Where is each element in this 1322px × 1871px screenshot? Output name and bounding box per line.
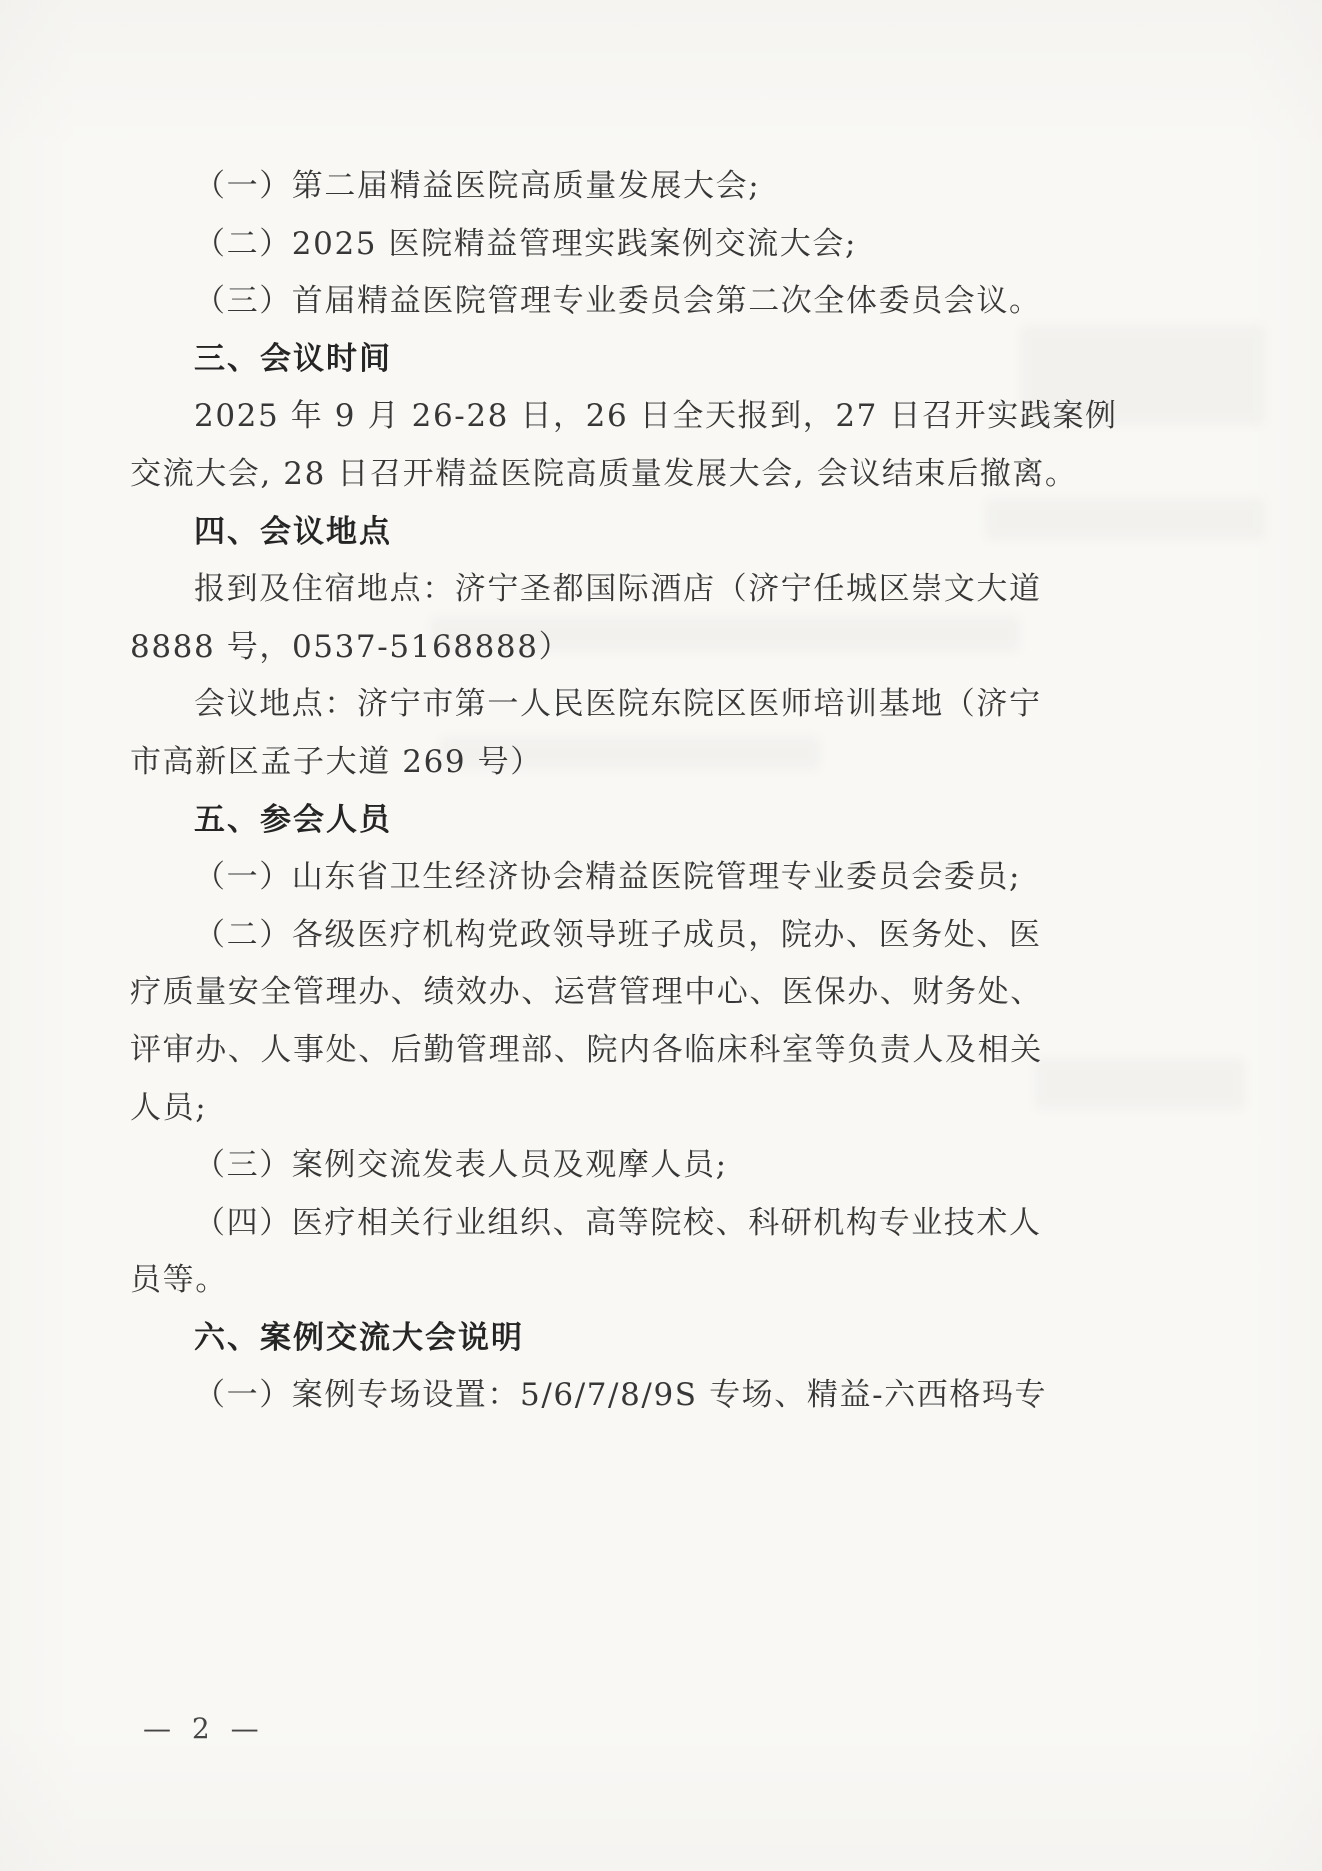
meeting-location-line-1: 会议地点：济宁市第一人民医院东院区医师培训基地（济宁 [130,676,1190,734]
participants-item-2-line-3: 评审办、人事处、后勤管理部、院内各临床科室等负责人及相关 [130,1022,1190,1080]
section-heading-meeting-location: 四、会议地点 [130,504,1190,562]
participants-item-4-line-1: （四）医疗相关行业组织、高等院校、科研机构专业技术人 [130,1195,1190,1253]
meeting-location-line-2: 市高新区孟子大道 269 号） [130,734,1190,792]
participants-item-1: （一）山东省卫生经济协会精益医院管理专业委员会委员; [130,849,1190,907]
checkin-location-line-2: 8888 号，0537-5168888） [130,619,1190,677]
document-body: （一）第二届精益医院高质量发展大会; （二）2025 医院精益管理实践案例交流大… [130,158,1190,1425]
participants-item-2-line-4: 人员; [130,1080,1190,1138]
meeting-time-line-2: 交流大会, 28 日召开精益医院高质量发展大会, 会议结束后撤离。 [130,446,1190,504]
participants-item-2-line-2: 疗质量安全管理办、绩效办、运营管理中心、医保办、财务处、 [130,964,1190,1022]
scanned-document-page: （一）第二届精益医院高质量发展大会; （二）2025 医院精益管理实践案例交流大… [0,0,1322,1871]
participants-item-3: （三）案例交流发表人员及观摩人员; [130,1137,1190,1195]
participants-item-2-line-1: （二）各级医疗机构党政领导班子成员，院办、医务处、医 [130,907,1190,965]
case-session-setup-line-1: （一）案例专场设置：5/6/7/8/9S 专场、精益-六西格玛专 [130,1367,1190,1425]
participants-item-4-line-2: 员等。 [130,1252,1190,1310]
page-number: — 2 — [143,1712,265,1745]
agenda-item-2: （二）2025 医院精益管理实践案例交流大会; [130,216,1190,274]
section-heading-meeting-time: 三、会议时间 [130,331,1190,389]
meeting-time-line-1: 2025 年 9 月 26-28 日，26 日全天报到，27 日召开实践案例 [130,388,1190,446]
agenda-item-1: （一）第二届精益医院高质量发展大会; [130,158,1190,216]
checkin-location-line-1: 报到及住宿地点：济宁圣都国际酒店（济宁任城区崇文大道 [130,561,1190,619]
section-heading-case-exchange-notes: 六、案例交流大会说明 [130,1310,1190,1368]
section-heading-participants: 五、参会人员 [130,792,1190,850]
agenda-item-3: （三）首届精益医院管理专业委员会第二次全体委员会议。 [130,273,1190,331]
